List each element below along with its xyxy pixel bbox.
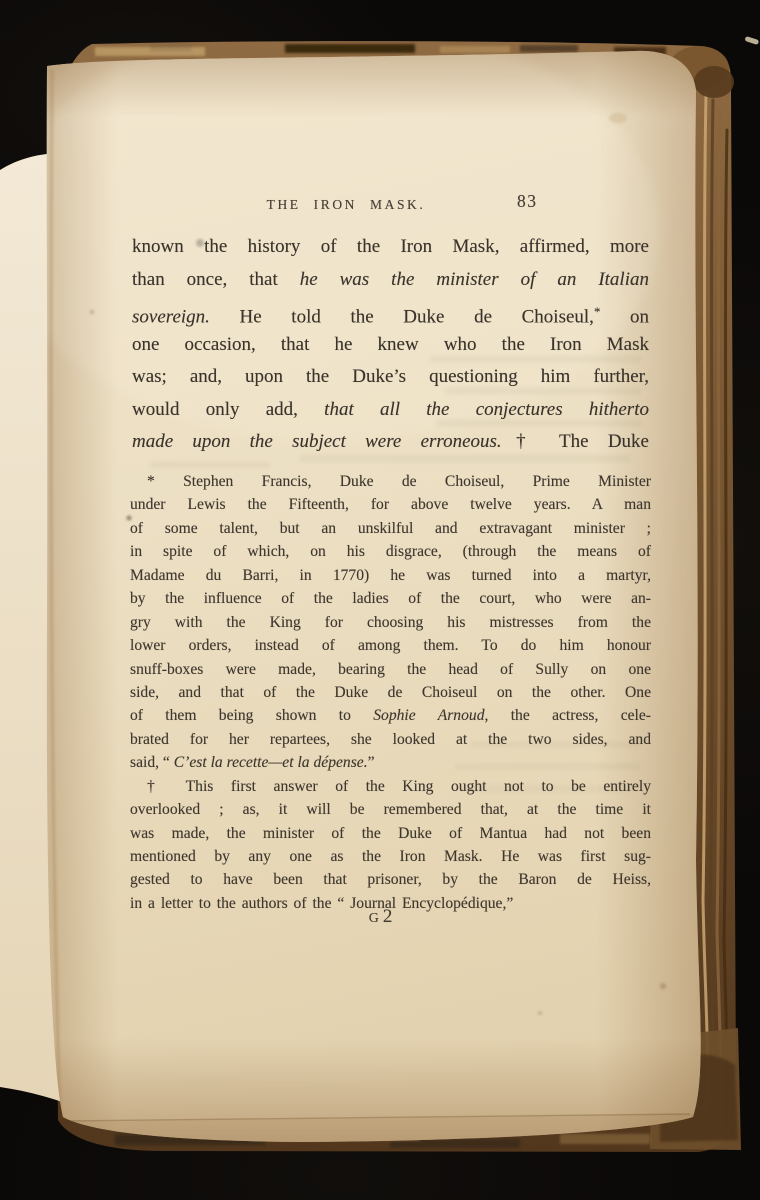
text-run: lower orders, instead of among them. To … [130, 637, 651, 654]
text-run: one occasion, that he knew who the Iron … [132, 334, 649, 355]
footnote-line: in spite of which, on his disgrace, (thr… [130, 540, 651, 563]
text-run: gested to have been that prisoner, by th… [130, 871, 651, 888]
text-run: was made, the minister of the Duke of Ma… [130, 825, 651, 842]
text-run: Sophie Arnoud [373, 707, 484, 724]
page-number: 83 [517, 191, 538, 212]
text-run: in spite of which, on his disgrace, (thr… [130, 543, 651, 560]
text-run: † This first answer of the King ought no… [147, 778, 651, 795]
text-run: on [600, 306, 649, 327]
signature-letter: G [369, 911, 383, 926]
text-line: known the history of the Iron Mask, affi… [132, 231, 649, 264]
text-run: said, “ [130, 754, 174, 771]
footnote-line: under Lewis the Fifteenth, for above twe… [130, 493, 651, 516]
running-title: THE IRON MASK. [126, 197, 566, 213]
text-line: one occasion, that he knew who the Iron … [132, 329, 649, 362]
text-run: gry with the King for choosing his mistr… [130, 614, 651, 631]
text-run: by the influence of the ladies of the co… [130, 590, 651, 607]
text-run: snuff-boxes were made, bearing the head … [130, 661, 651, 678]
footnote-line: gry with the King for choosing his mistr… [130, 611, 651, 634]
signature-mark: G2 [120, 906, 641, 928]
text-run: He told the Duke de Choiseul, [210, 306, 594, 327]
footnote-line: snuff-boxes were made, bearing the head … [130, 658, 651, 681]
footnote-line: gested to have been that prisoner, by th… [130, 868, 651, 891]
text-run: overlooked ; as, it will be remembered t… [130, 801, 651, 818]
text-line: would only add, that all the conjectures… [132, 394, 649, 427]
text-run: that all the conjectures hitherto [324, 399, 649, 420]
footnote-line: mentioned by any one as the Iron Mask. H… [130, 845, 651, 868]
text-run: † The Duke [502, 431, 649, 452]
text-line: sovereign. He told the Duke de Choiseul,… [132, 296, 649, 329]
text-run: of some talent, but an unskilful and ext… [130, 520, 651, 537]
text-run: under Lewis the Fifteenth, for above twe… [130, 496, 651, 513]
signature-number: 2 [383, 906, 393, 927]
main-text: known the history of the Iron Mask, affi… [132, 231, 649, 459]
text-run: than once, that [132, 269, 300, 290]
footnote-line: lower orders, instead of among them. To … [130, 634, 651, 657]
text-run: side, and that of the Duke de Choiseul o… [130, 684, 651, 701]
text-run: would only add, [132, 399, 324, 420]
footnote-line: side, and that of the Duke de Choiseul o… [130, 681, 651, 704]
footnote-line: † This first answer of the King ought no… [130, 775, 651, 798]
text-run: he was the minister of an Italian [300, 269, 649, 290]
text-run: Madame du Barri, in 1770) he was turned … [130, 567, 651, 584]
text-run: was; and, upon the Duke’s questioning hi… [132, 366, 649, 387]
text-run: known the history of the Iron Mask, affi… [132, 236, 649, 257]
footnote-line: of some talent, but an unskilful and ext… [130, 517, 651, 540]
text-run: of them being shown to [130, 707, 373, 724]
book-photograph: THE IRON MASK. 83 known the history of t… [0, 0, 760, 1200]
footnote-line: Madame du Barri, in 1770) he was turned … [130, 564, 651, 587]
text-run: made upon the subject were erroneous. [132, 431, 502, 452]
text-run: mentioned by any one as the Iron Mask. H… [130, 848, 651, 865]
text-run: brated for her repartees, she looked at … [130, 731, 651, 748]
text-line: was; and, upon the Duke’s questioning hi… [132, 361, 649, 394]
text-line: made upon the subject were erroneous.† T… [132, 426, 649, 459]
footnote-line: by the influence of the ladies of the co… [130, 587, 651, 610]
footnote-line: overlooked ; as, it will be remembered t… [130, 798, 651, 821]
footnote-line: was made, the minister of the Duke of Ma… [130, 822, 651, 845]
footnote-line: * Stephen Francis, Duke de Choiseul, Pri… [130, 470, 651, 493]
footnote-line: brated for her repartees, she looked at … [130, 728, 651, 751]
top-right-corner-wear-dark [694, 66, 734, 98]
text-line: than once, that he was the minister of a… [132, 264, 649, 297]
text-run: C’est la recette—et la dépense. [174, 754, 368, 771]
footnote-line: said, “ C’est la recette—et la dépense.” [130, 751, 651, 774]
text-run: sovereign. [132, 306, 210, 327]
text-run: ” [368, 754, 375, 771]
text-run: , the actress, cele- [485, 707, 652, 724]
lint-speck [744, 36, 759, 45]
footnote-block: * Stephen Francis, Duke de Choiseul, Pri… [130, 470, 651, 915]
text-run: * Stephen Francis, Duke de Choiseul, Pri… [147, 473, 651, 490]
footnote-line: of them being shown to Sophie Arnoud, th… [130, 704, 651, 727]
